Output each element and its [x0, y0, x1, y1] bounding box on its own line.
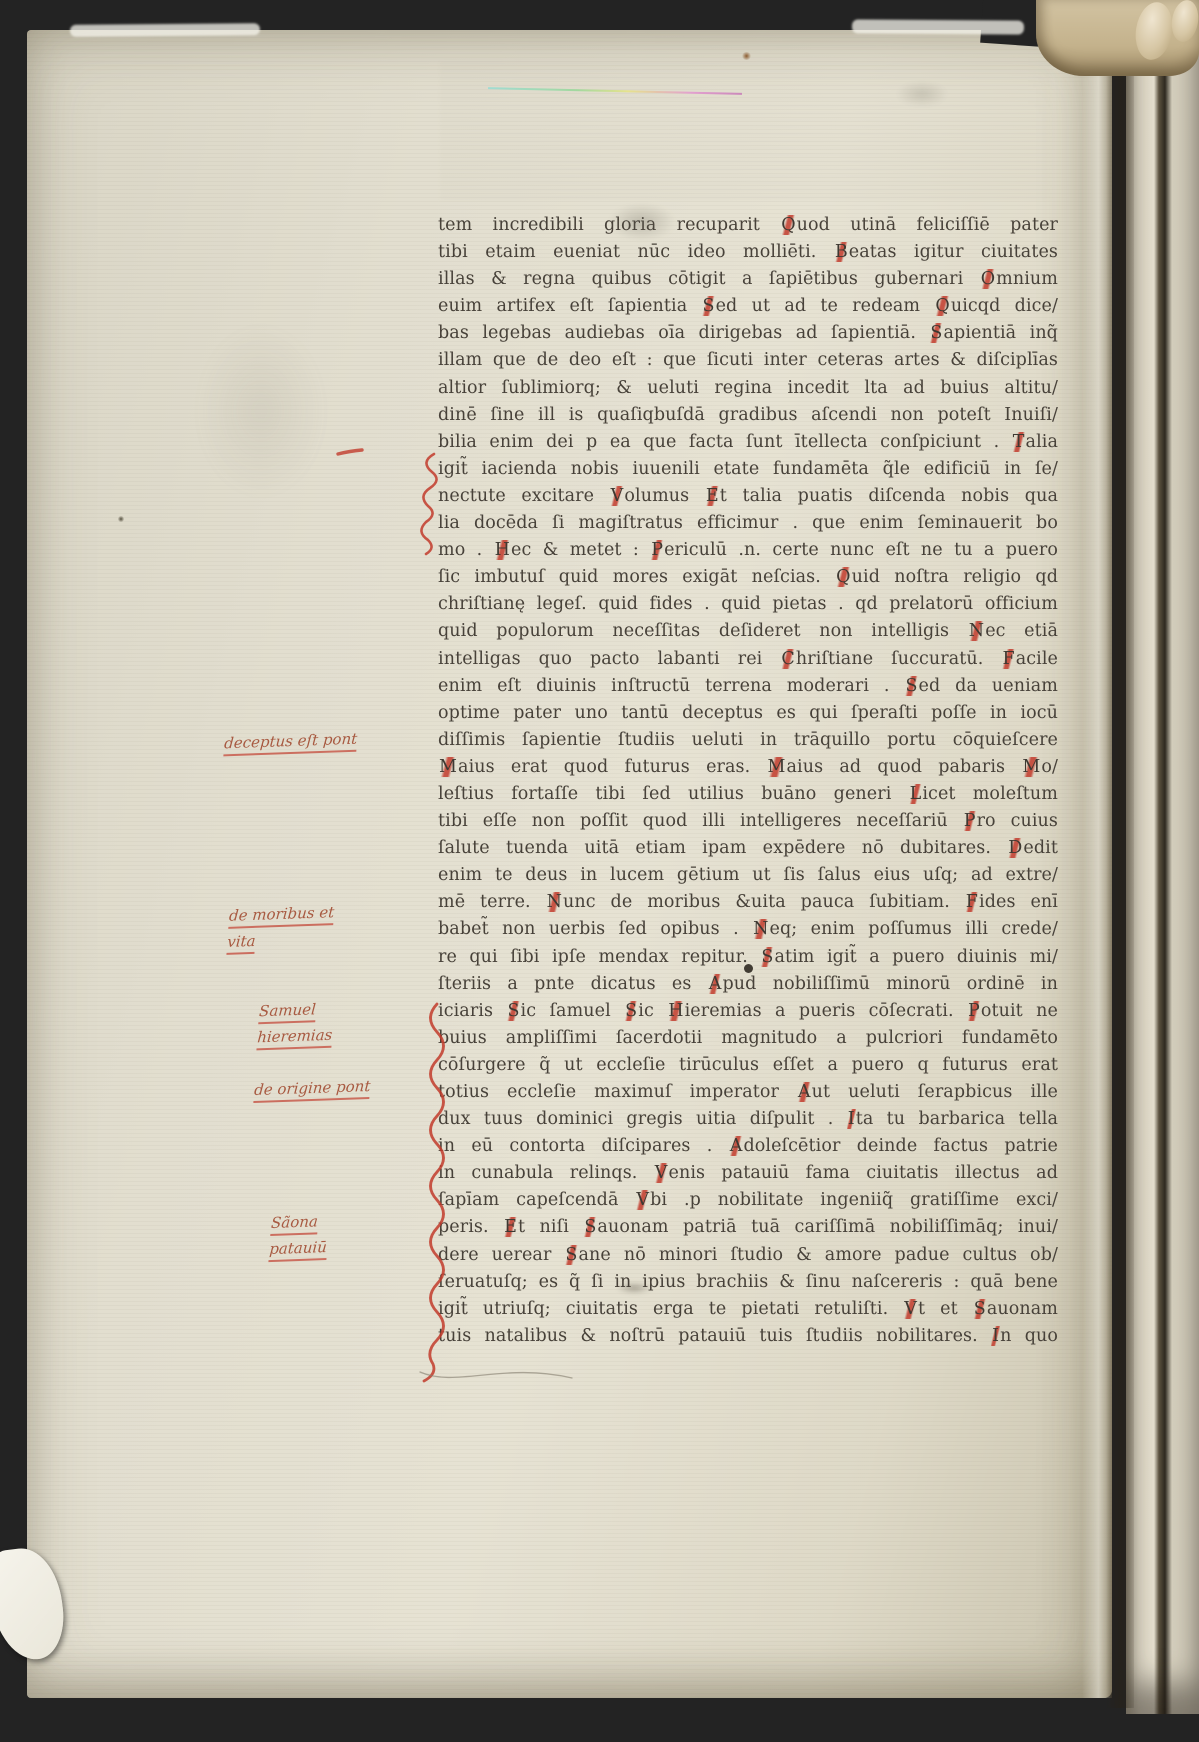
ink-fleck — [118, 516, 124, 522]
deckle-edge-fray — [70, 23, 260, 37]
margin-note-line: patauiū — [268, 1237, 327, 1262]
margin-note: de moribus etvita — [226, 902, 335, 958]
margin-note-line: Samuel — [258, 999, 316, 1024]
margin-note-line: vita — [226, 931, 256, 955]
margin-note-line: deceptus eſt pont — [223, 729, 358, 757]
ink-fleck — [742, 52, 751, 60]
margin-note-line: Sãona — [270, 1211, 318, 1236]
margin-note-line: de origine pont — [253, 1076, 371, 1103]
ink-blot — [744, 964, 753, 973]
margin-note: de origine pont — [253, 1076, 371, 1106]
margin-note: Samuelhieremias — [256, 999, 335, 1054]
margin-note: Sãonapatauiū — [268, 1211, 329, 1265]
margin-note-line: de moribus et — [228, 902, 335, 929]
scanned-book-photograph: tem incredibili gloria recuparit Quod ut… — [0, 0, 1199, 1742]
deckle-edge-fray — [852, 19, 1024, 34]
margin-note: deceptus eſt pont — [223, 729, 358, 760]
margin-note-line: hieremias — [256, 1025, 333, 1051]
gutter-shadow — [1106, 20, 1134, 1708]
marginalia: deceptus eſt pontde moribus etvitaSamuel… — [0, 0, 1199, 1742]
